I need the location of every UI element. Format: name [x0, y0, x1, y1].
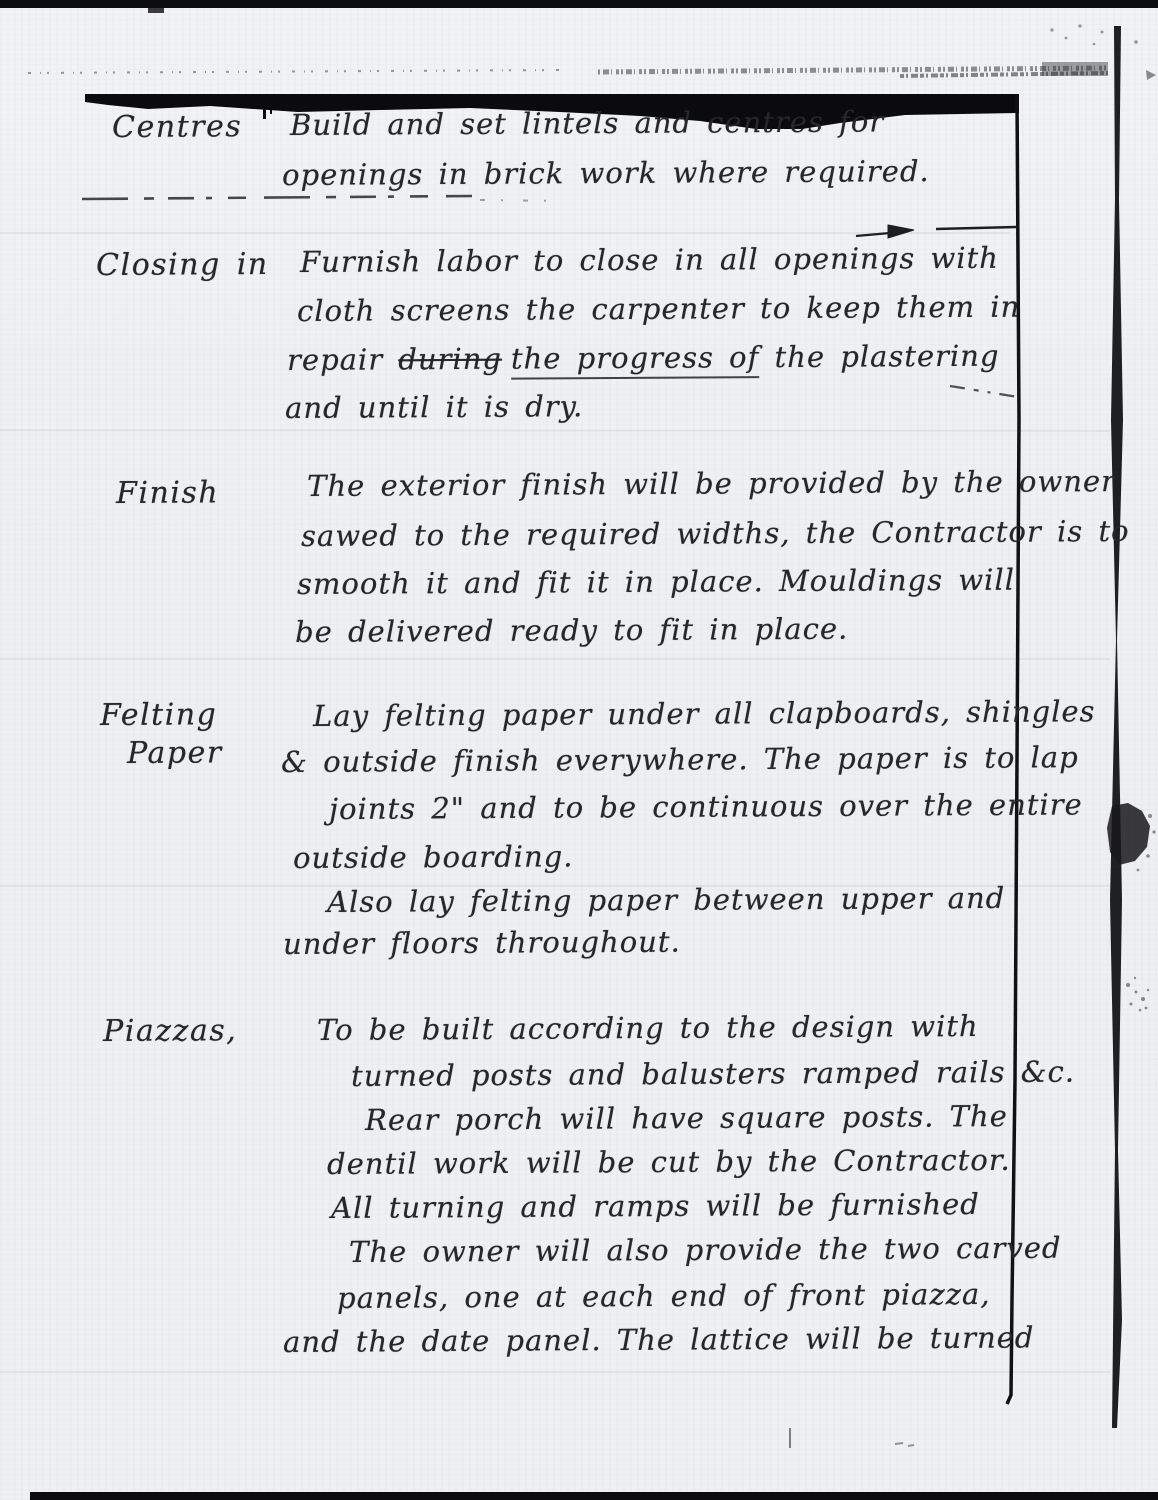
frame-tick-mark: [263, 94, 266, 119]
underlined-phrase: the progress of: [511, 340, 760, 380]
piazzas-line-3: Rear porch will have square posts. The: [365, 1099, 1008, 1137]
centres-line-2: openings in brick work where required.: [282, 154, 930, 192]
piazzas-line-1: To be built according to the design with: [317, 1009, 979, 1047]
centres-line-1: Build and set lintels and centres for: [290, 104, 884, 142]
stray-mark-top-right: [1146, 70, 1156, 80]
section-label-centres: Centres: [112, 109, 242, 145]
felting-line-2: & outside finish everywhere. The paper i…: [281, 740, 1079, 779]
section-label-piazzas: Piazzas,: [103, 1013, 237, 1049]
scan-noise-row-left: [28, 70, 560, 73]
piazzas-line-6: The owner will also provide the two carv…: [349, 1231, 1062, 1269]
scan-noise-row-right: [598, 68, 1108, 72]
stray-tick-bottom: [789, 1428, 791, 1448]
scan-blob: [1107, 803, 1150, 865]
closing-in-line-3-pre: repair: [287, 342, 398, 377]
felting-line-3: joints 2" and to be continuous over the …: [329, 787, 1083, 826]
felting-line-6: under floors throughout.: [283, 925, 681, 961]
felting-line-4: outside boarding.: [293, 839, 574, 875]
finish-line-2: sawed to the required widths, the Contra…: [301, 514, 1130, 553]
section-label-paper: Paper: [127, 735, 223, 771]
felting-line-5: Also lay felting paper between upper and: [327, 881, 1005, 919]
closing-in-line-4: and until it is dry.: [285, 389, 583, 425]
scan-speckles-top-right: [1050, 24, 1137, 45]
closing-in-line-2: cloth screens the carpenter to keep them…: [297, 290, 1020, 328]
piazzas-line-4: dentil work will be cut by the Contracto…: [327, 1143, 1011, 1181]
piazzas-line-7: panels, one at each end of front piazza,: [337, 1277, 991, 1315]
scan-edge-bottom: [30, 1492, 1158, 1500]
piazzas-line-8: and the date panel. The lattice will be …: [283, 1320, 1035, 1359]
finish-line-4: be delivered ready to fit in place.: [295, 612, 848, 649]
scan-speckles-blob-edge: [1137, 814, 1156, 871]
piazzas-line-2: turned posts and balusters ramped rails …: [351, 1055, 1075, 1093]
felting-line-1: Lay felting paper under all clapboards, …: [313, 694, 1096, 733]
scan-speckles-mid: [1126, 977, 1149, 1012]
section-divider-dashes: [82, 196, 472, 199]
correction-dash-trail: [950, 386, 1018, 397]
closing-in-line-3: repair duringthe progress of the plaster…: [287, 339, 1000, 377]
section-label-felting: Felting: [100, 697, 217, 733]
struck-word-during: during: [398, 342, 502, 377]
finish-line-1: The exterior finish will be provided by …: [307, 464, 1116, 503]
arrow-annotation: [856, 225, 1016, 238]
section-label-closing-in: Closing in: [96, 247, 269, 283]
scanned-document-page: Centres Build and set lintels and centre…: [0, 0, 1158, 1500]
closing-in-line-3-post: the plastering: [759, 339, 999, 374]
piazzas-line-5: All turning and ramps will be furnished: [331, 1187, 980, 1225]
scan-band-right: [1110, 26, 1123, 1428]
section-label-finish: Finish: [116, 475, 219, 511]
closing-in-line-1: Furnish labor to close in all openings w…: [300, 241, 999, 279]
finish-line-3: smooth it and fit it in place. Mouldings…: [297, 563, 1015, 601]
scan-edge-top: [0, 0, 1158, 8]
